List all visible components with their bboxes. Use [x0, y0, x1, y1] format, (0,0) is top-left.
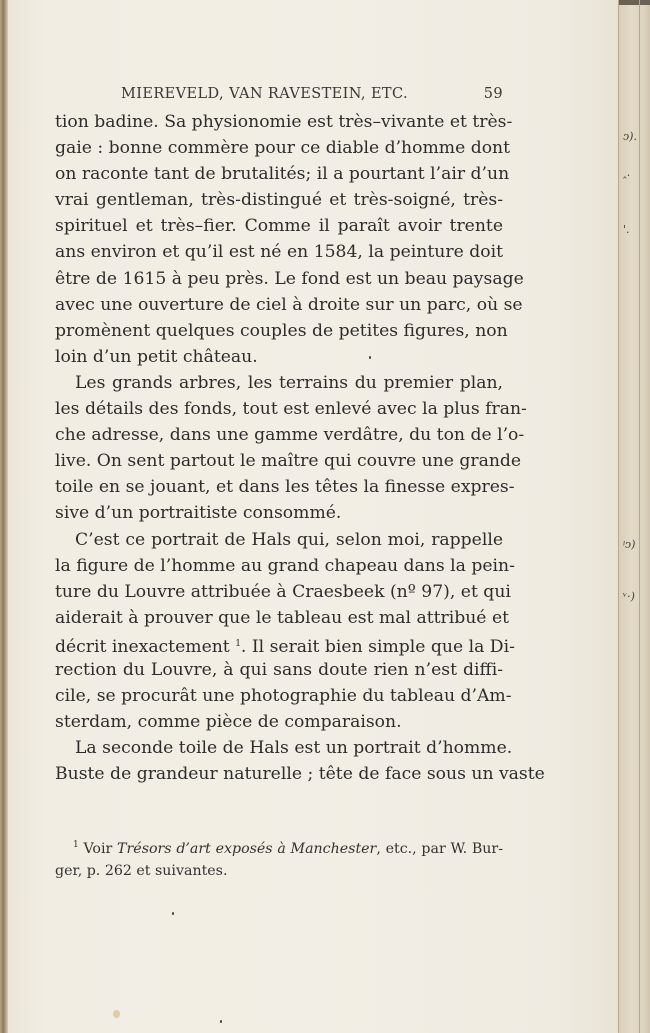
- text-line: tion badine. Sa physionomie est très–viv…: [55, 109, 503, 135]
- text-line: loin d’un petit château.: [55, 344, 503, 370]
- paper-stain: [113, 1010, 120, 1018]
- page-edge-line: [639, 0, 640, 1033]
- paragraph-start-line: C’est ce portrait de Hals qui, selon moi…: [55, 527, 503, 553]
- text-line: rection du Louvre, à qui sans doute rien…: [55, 657, 503, 683]
- text-line-with-footnote-ref: décrit inexactement 1. Il serait bien si…: [55, 631, 503, 657]
- text-line: vrai gentleman, très-distingué et très-s…: [55, 187, 503, 213]
- text-line: sterdam, comme pièce de comparaison.: [55, 709, 503, 735]
- text-line: ans environ et qu’il est né en 1584, la …: [55, 239, 503, 265]
- paper-speck: [369, 356, 371, 359]
- paragraph-start-line: Les grands arbres, les terrains du premi…: [55, 370, 503, 396]
- footnote-suffix: , etc., par W. Bur-: [376, 841, 503, 857]
- paragraph-start-line: La seconde toile de Hals est un portrait…: [55, 735, 503, 761]
- text-line: les détails des fonds, tout est enlevé a…: [55, 396, 503, 422]
- text-line: toile en se jouant, et dans les têtes la…: [55, 474, 503, 500]
- footnote-line: 1 Voir Trésors d’art exposés à Mancheste…: [55, 834, 503, 860]
- running-head-title: MIEREVELD, VAN RAVESTEIN, ETC.: [121, 86, 408, 102]
- text-line: sive d’un portraitiste consommé.: [55, 500, 503, 526]
- page-stack-edge: ↄ). ‸. '. ᵎↄ) ᵛ·): [618, 0, 650, 1033]
- book-gutter-edge: [0, 0, 8, 1033]
- text-line: ture du Louvre attribuée à Craesbeek (nº…: [55, 579, 503, 605]
- paper-speck: [172, 912, 174, 915]
- margin-annotation: ᵛ·): [623, 590, 635, 603]
- text-line: promènent quelques couples de petites fi…: [55, 318, 503, 344]
- running-head: MIEREVELD, VAN RAVESTEIN, ETC. 59: [55, 86, 503, 108]
- text-line: gaie : bonne commère pour ce diable d’ho…: [55, 135, 503, 161]
- margin-annotation: ↄ).: [623, 130, 637, 143]
- footnote-line: ger, p. 262 et suivantes.: [55, 860, 503, 882]
- text-segment: . Il serait bien simple que la Di-: [241, 637, 515, 657]
- paper-speck: [220, 1020, 222, 1023]
- binding-strip: [619, 0, 650, 5]
- text-line: être de 1615 à peu près. Le fond est un …: [55, 266, 503, 292]
- footnote: 1 Voir Trésors d’art exposés à Mancheste…: [55, 834, 503, 882]
- margin-annotation: '.: [623, 223, 630, 236]
- text-line: che adresse, dans une gamme verdâtre, du…: [55, 422, 503, 448]
- text-line: on raconte tant de brutalités; il a pour…: [55, 161, 503, 187]
- text-line: cile, se procurât une photographie du ta…: [55, 683, 503, 709]
- text-line: live. On sent partout le maître qui couv…: [55, 448, 503, 474]
- text-line: spirituel et très–fier. Comme il paraît …: [55, 213, 503, 239]
- margin-annotation: ‸.: [623, 166, 630, 179]
- margin-annotation: ᵎↄ): [623, 538, 635, 551]
- page-number: 59: [484, 86, 503, 102]
- text-line: avec une ouverture de ciel à droite sur …: [55, 292, 503, 318]
- text-line: Buste de grandeur naturelle ; tête de fa…: [55, 761, 503, 787]
- body-text: tion badine. Sa physionomie est très–viv…: [55, 109, 503, 787]
- footnote-cited-title: Trésors d’art exposés à Manchester: [117, 841, 376, 857]
- text-segment: décrit inexactement: [55, 637, 230, 657]
- footnote-prefix: Voir: [79, 841, 117, 857]
- text-line: la figure de l’homme au grand chapeau da…: [55, 553, 503, 579]
- text-line: aiderait à prouver que le tableau est ma…: [55, 605, 503, 631]
